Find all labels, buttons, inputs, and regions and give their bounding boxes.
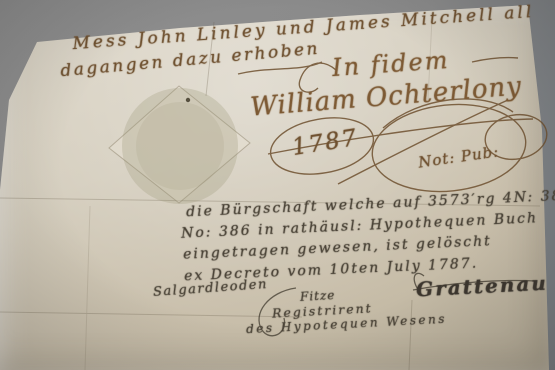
paper-sheet [0,0,555,370]
document-photograph: Mess John Linley und James Mitchell all … [0,0,555,370]
